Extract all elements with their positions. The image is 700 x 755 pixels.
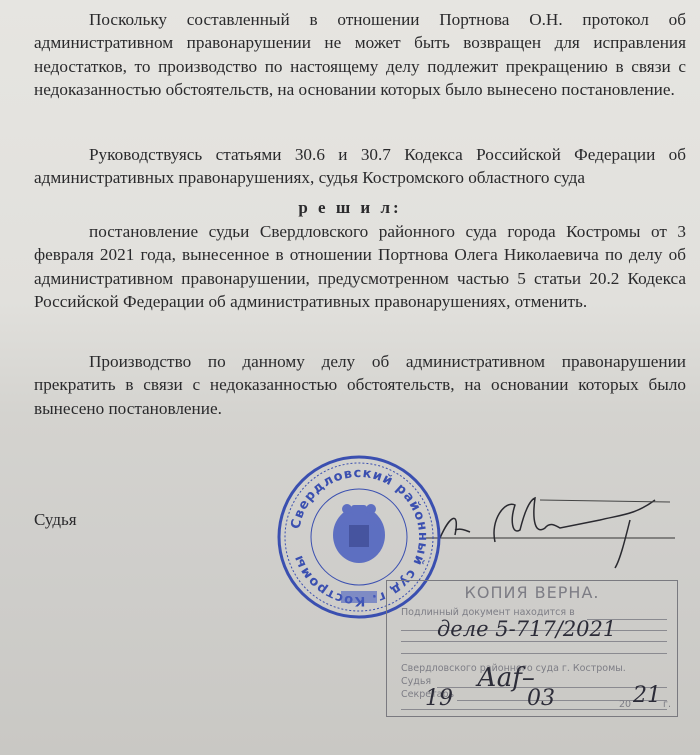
paragraph-text: Руководствуясь статьями 30.6 и 30.7 Коде…	[34, 145, 686, 187]
paragraph-grounds: Поскольку составленный в отношении Портн…	[34, 8, 686, 101]
court-decision-page: Поскольку составленный в отношении Портн…	[0, 0, 700, 755]
seal-emblem	[341, 591, 377, 603]
stamp-year: 21	[633, 683, 661, 708]
paragraph-ruling: постановление судьи Свердловского районн…	[34, 220, 686, 313]
coat-of-arms-icon	[333, 504, 385, 563]
stamp-title: КОПИЯ ВЕРНА.	[387, 583, 677, 602]
paragraph-termination: Производство по данному делу об админист…	[34, 350, 686, 420]
stamp-day: 19	[425, 686, 453, 711]
paragraph-text: постановление судьи Свердловского районн…	[34, 222, 686, 311]
paragraph-legal-basis: Руководствуясь статьями 30.6 и 30.7 Коде…	[34, 143, 686, 190]
decision-heading: р е ш и л:	[0, 198, 700, 218]
paragraph-text: Производство по данному делу об админист…	[34, 352, 686, 418]
paragraph-text: Поскольку составленный в отношении Портн…	[34, 10, 686, 99]
handwritten-case-number: деле 5-717/2021	[437, 617, 616, 641]
judge-signature	[420, 480, 680, 570]
copy-certified-stamp: КОПИЯ ВЕРНА. Подлинный документ находитс…	[386, 580, 678, 717]
judge-label: Судья	[34, 510, 77, 530]
stamp-month: 03	[527, 686, 555, 711]
